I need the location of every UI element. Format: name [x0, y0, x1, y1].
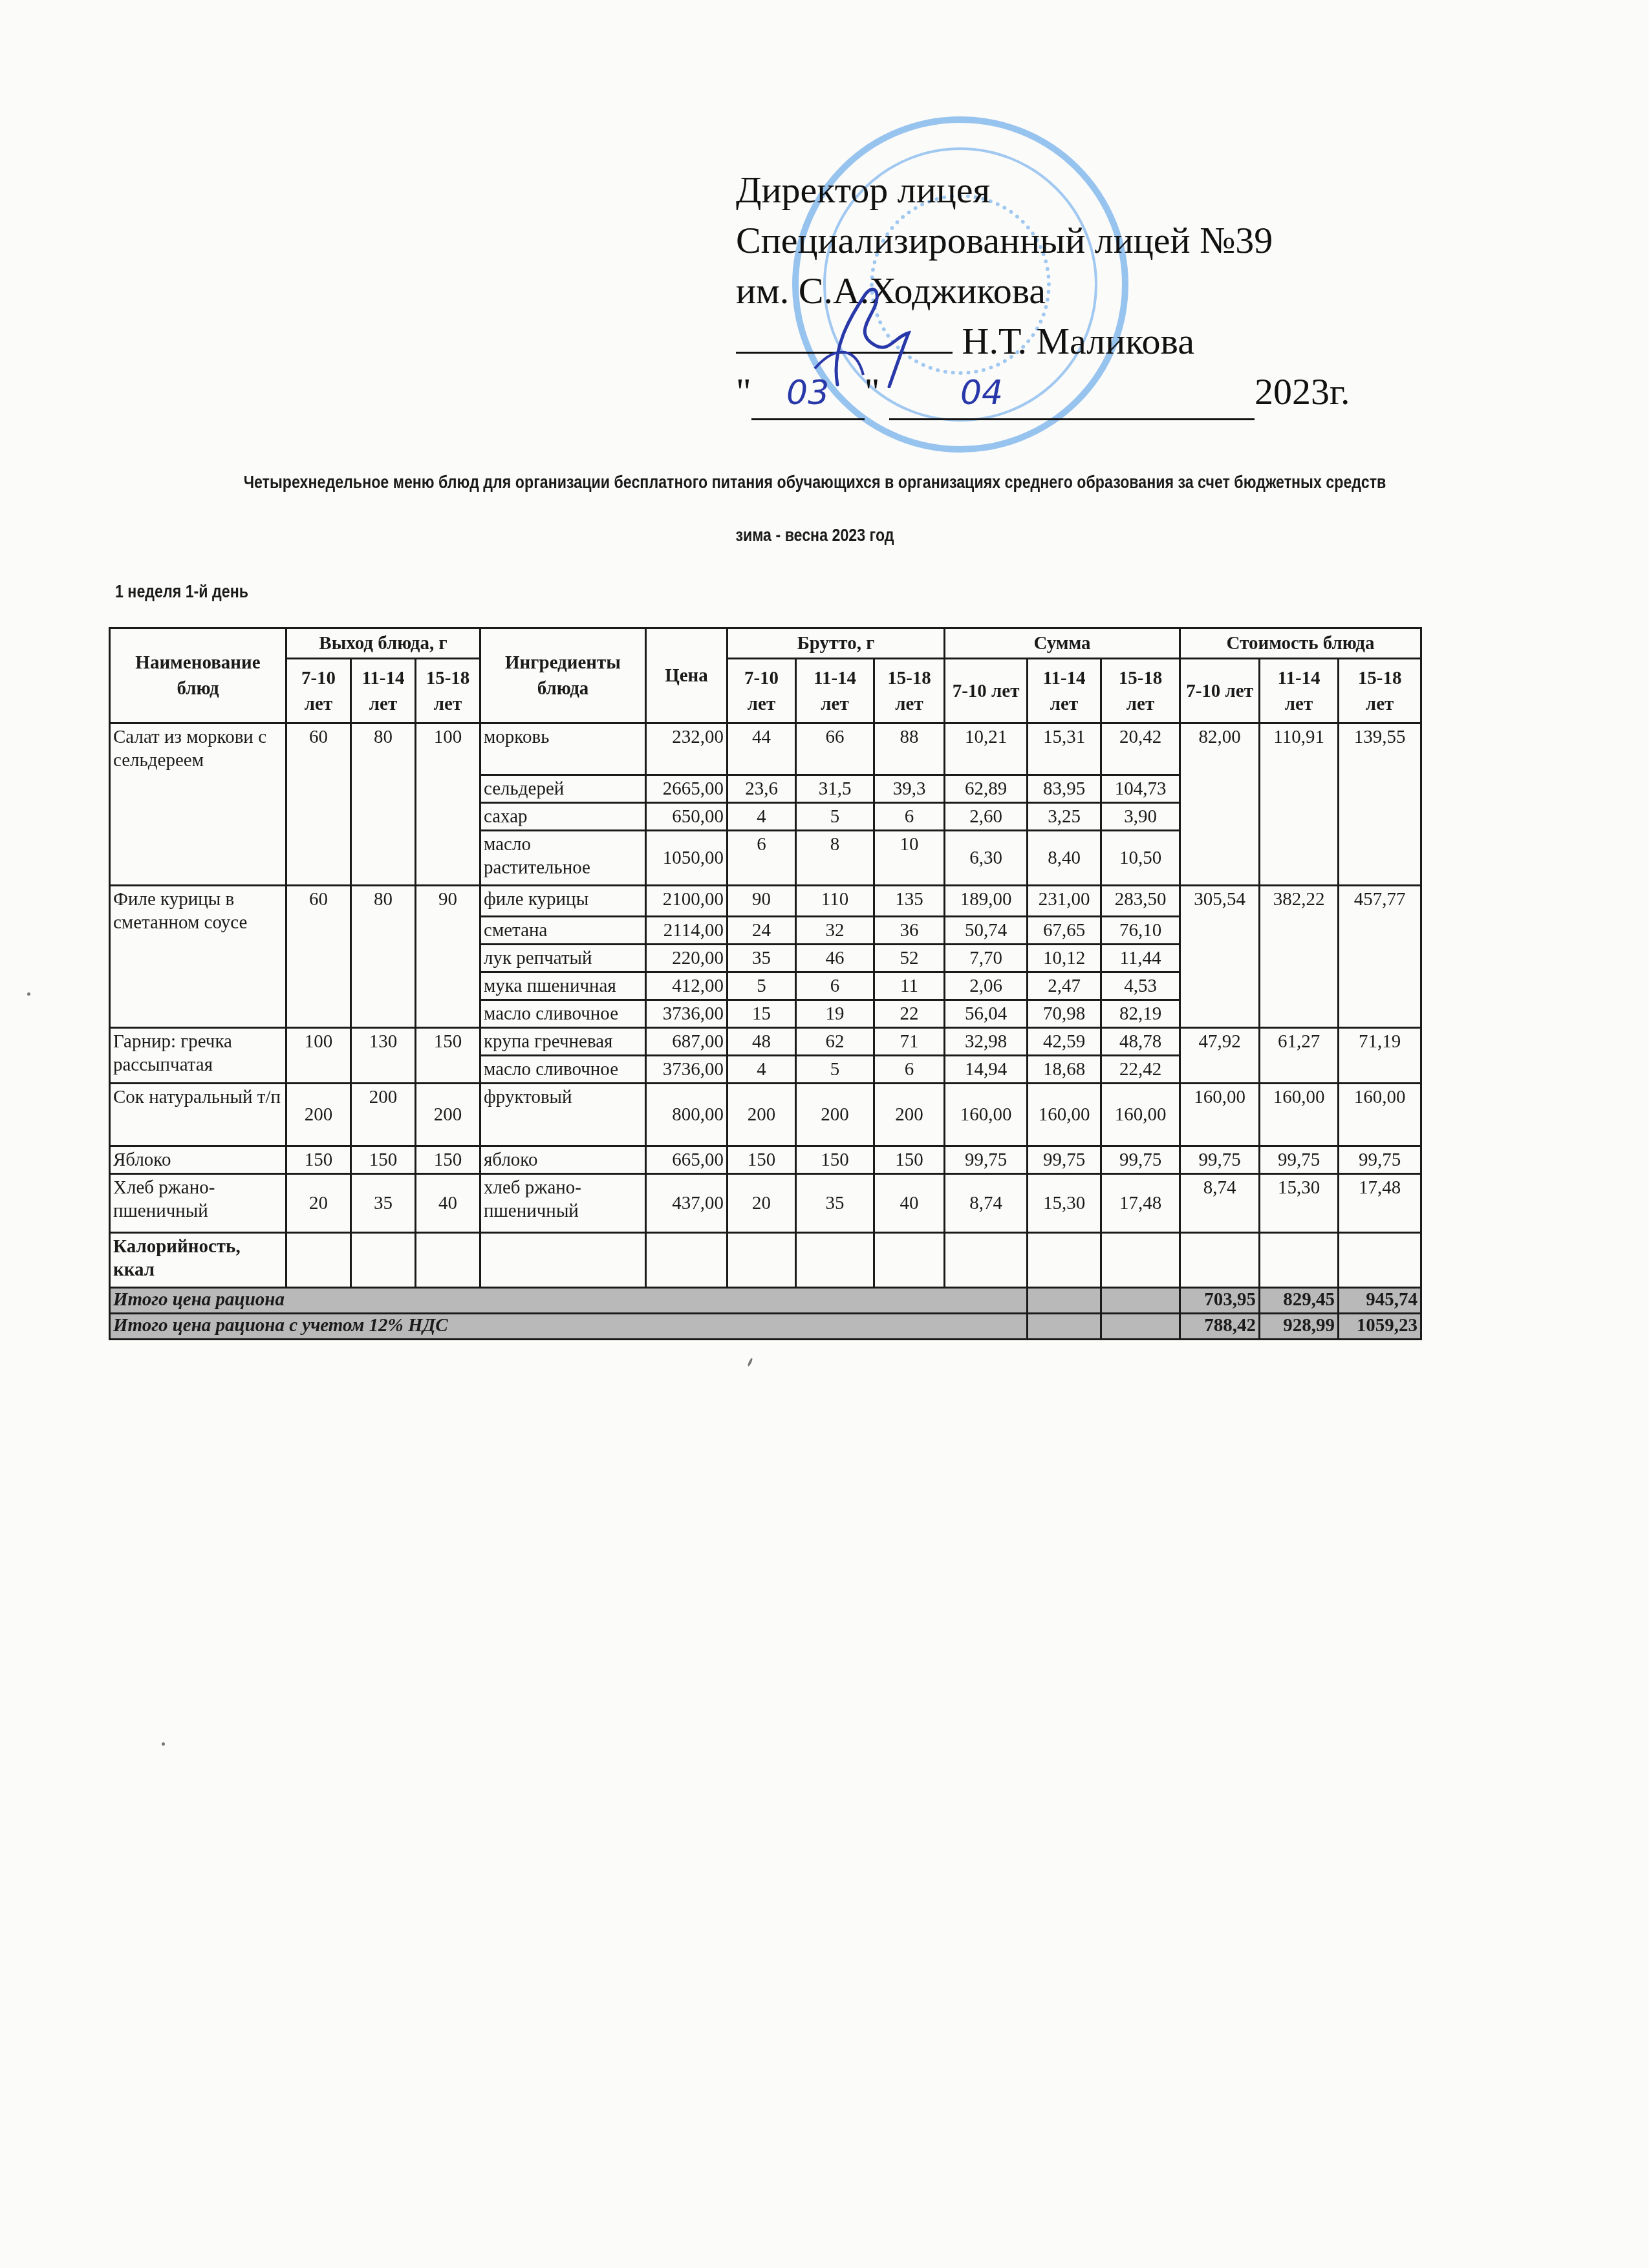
- dish-name: Хлеб ржано-пшеничный: [110, 1174, 286, 1233]
- sum-11-14: 15,30: [1028, 1174, 1101, 1233]
- table-row: Гарнир: гречка рассыпчатая100130150крупа…: [110, 1028, 1421, 1056]
- menu-table: Наименование блюд Выход блюда, г Ингреди…: [109, 627, 1422, 1340]
- dish-yield-7-10: 150: [286, 1146, 351, 1174]
- header-gross: Брутто, г: [727, 628, 945, 659]
- total-vat-7-10: 788,42: [1180, 1314, 1260, 1340]
- table-row: Яблоко150150150яблоко665,0015015015099,7…: [110, 1146, 1421, 1174]
- header-gross-age-11-14: 11-14 лет: [796, 659, 874, 723]
- document-title: Четырехнедельное меню блюд для организац…: [203, 471, 1427, 494]
- gross-11-14: 62: [796, 1028, 874, 1056]
- gross-15-18: 39,3: [874, 775, 945, 803]
- ingredient-name: мука пшеничная: [480, 972, 646, 1000]
- dish-cost-15-18: 457,77: [1339, 886, 1421, 1028]
- header-yield-age-7-10: 7-10 лет: [286, 659, 351, 723]
- sum-11-14: 10,12: [1028, 945, 1101, 972]
- gross-7-10: 24: [727, 917, 796, 945]
- dish-cost-7-10: 8,74: [1180, 1174, 1260, 1233]
- scan-speck: [27, 992, 30, 996]
- dish-name: Филе курицы в сметанном соусе: [110, 886, 286, 1028]
- ingredient-name: масло сливочное: [480, 1000, 646, 1028]
- dish-cost-7-10: 47,92: [1180, 1028, 1260, 1084]
- gross-7-10: 200: [727, 1084, 796, 1146]
- total-row: Итого цена рациона 703,95 829,45 945,74: [110, 1288, 1421, 1314]
- dish-cost-7-10: 160,00: [1180, 1084, 1260, 1146]
- ingredient-price: 220,00: [646, 945, 727, 972]
- table-row: Салат из моркови с сельдереем6080100морк…: [110, 723, 1421, 775]
- ingredient-name: хлеб ржано-пшеничный: [480, 1174, 646, 1233]
- ingredient-price: 2114,00: [646, 917, 727, 945]
- gross-7-10: 90: [727, 886, 796, 917]
- gross-7-10: 5: [727, 972, 796, 1000]
- gross-7-10: 48: [727, 1028, 796, 1056]
- header-yield-age-11-14: 11-14 лет: [351, 659, 416, 723]
- dish-yield-15-18: 90: [416, 886, 480, 1028]
- header-gross-age-15-18: 15-18 лет: [874, 659, 945, 723]
- gross-11-14: 31,5: [796, 775, 874, 803]
- ingredient-price: 665,00: [646, 1146, 727, 1174]
- ingredient-name: филе курицы: [480, 886, 646, 917]
- sum-15-18: 99,75: [1101, 1146, 1180, 1174]
- header-cost-age-15-18: 15-18 лет: [1339, 659, 1421, 723]
- ingredient-name: сельдерей: [480, 775, 646, 803]
- header-cost-age-11-14: 11-14 лет: [1260, 659, 1339, 723]
- sum-7-10: 6,30: [945, 831, 1028, 886]
- header-cost-age-7-10: 7-10 лет: [1180, 659, 1260, 723]
- gross-11-14: 150: [796, 1146, 874, 1174]
- gross-15-18: 71: [874, 1028, 945, 1056]
- sum-7-10: 10,21: [945, 723, 1028, 775]
- document-subtitle: зима - весна 2023 год: [203, 524, 1427, 547]
- dish-name: Салат из моркови с сельдереем: [110, 723, 286, 886]
- gross-7-10: 6: [727, 831, 796, 886]
- sum-11-14: 99,75: [1028, 1146, 1101, 1174]
- total-vat-15-18: 1059,23: [1339, 1314, 1421, 1340]
- gross-11-14: 110: [796, 886, 874, 917]
- sum-7-10: 32,98: [945, 1028, 1028, 1056]
- gross-7-10: 15: [727, 1000, 796, 1028]
- date-month-field: 04: [889, 368, 1255, 420]
- sum-15-18: 10,50: [1101, 831, 1180, 886]
- signature-icon: [812, 272, 921, 388]
- dish-cost-7-10: 82,00: [1180, 723, 1260, 886]
- approval-signatory: Н.Т. Маликова: [962, 320, 1194, 362]
- sum-7-10: 62,89: [945, 775, 1028, 803]
- dish-yield-7-10: 100: [286, 1028, 351, 1084]
- sum-11-14: 67,65: [1028, 917, 1101, 945]
- dish-yield-7-10: 200: [286, 1084, 351, 1146]
- gross-11-14: 5: [796, 803, 874, 831]
- total-vat-label: Итого цена рациона с учетом 12% НДС: [110, 1314, 1028, 1340]
- sum-15-18: 104,73: [1101, 775, 1180, 803]
- gross-11-14: 46: [796, 945, 874, 972]
- sum-7-10: 99,75: [945, 1146, 1028, 1174]
- dish-cost-11-14: 15,30: [1260, 1174, 1339, 1233]
- sum-15-18: 160,00: [1101, 1084, 1180, 1146]
- ingredient-price: 412,00: [646, 972, 727, 1000]
- sum-15-18: 3,90: [1101, 803, 1180, 831]
- sum-15-18: 48,78: [1101, 1028, 1180, 1056]
- gross-11-14: 8: [796, 831, 874, 886]
- section-heading: 1 неделя 1-й день: [115, 582, 248, 602]
- total-15-18: 945,74: [1339, 1288, 1421, 1314]
- approval-organization: Специализированный лицей №39: [736, 215, 1350, 266]
- ingredient-price: 437,00: [646, 1174, 727, 1233]
- header-sum-age-7-10: 7-10 лет: [945, 659, 1028, 723]
- sum-15-18: 22,42: [1101, 1056, 1180, 1084]
- sum-7-10: 2,06: [945, 972, 1028, 1000]
- gross-7-10: 44: [727, 723, 796, 775]
- header-dish-cost: Стоимость блюда: [1180, 628, 1421, 659]
- sum-15-18: 11,44: [1101, 945, 1180, 972]
- gross-7-10: 35: [727, 945, 796, 972]
- gross-15-18: 52: [874, 945, 945, 972]
- header-sum-age-11-14: 11-14 лет: [1028, 659, 1101, 723]
- sum-11-14: 8,40: [1028, 831, 1101, 886]
- total-vat-11-14: 928,99: [1260, 1314, 1339, 1340]
- ingredient-name: фруктовый: [480, 1084, 646, 1146]
- gross-15-18: 88: [874, 723, 945, 775]
- ingredient-price: 1050,00: [646, 831, 727, 886]
- dish-cost-11-14: 61,27: [1260, 1028, 1339, 1084]
- ingredient-price: 2100,00: [646, 886, 727, 917]
- gross-7-10: 150: [727, 1146, 796, 1174]
- dish-yield-15-18: 200: [416, 1084, 480, 1146]
- dish-name: Яблоко: [110, 1146, 286, 1174]
- table-row: Филе курицы в сметанном соусе608090филе …: [110, 886, 1421, 917]
- table-footer: Калорийность, ккал Итого цена рациона 70…: [110, 1233, 1421, 1340]
- dish-yield-11-14: 130: [351, 1028, 416, 1084]
- dish-cost-15-18: 139,55: [1339, 723, 1421, 886]
- dish-cost-11-14: 382,22: [1260, 886, 1339, 1028]
- ingredient-name: яблоко: [480, 1146, 646, 1174]
- sum-7-10: 2,60: [945, 803, 1028, 831]
- quote-open: ": [736, 370, 751, 412]
- dish-yield-7-10: 60: [286, 886, 351, 1028]
- dish-cost-15-18: 17,48: [1339, 1174, 1421, 1233]
- header-gross-age-7-10: 7-10 лет: [727, 659, 796, 723]
- total-label: Итого цена рациона: [110, 1288, 1028, 1314]
- table-row: Хлеб ржано-пшеничный203540хлеб ржано-пше…: [110, 1174, 1421, 1233]
- sum-15-18: 82,19: [1101, 1000, 1180, 1028]
- header-yield-age-15-18: 15-18 лет: [416, 659, 480, 723]
- total-11-14: 829,45: [1260, 1288, 1339, 1314]
- table-body: Салат из моркови с сельдереем6080100морк…: [110, 723, 1421, 1233]
- dish-name: Гарнир: гречка рассыпчатая: [110, 1028, 286, 1084]
- dish-cost-11-14: 160,00: [1260, 1084, 1339, 1146]
- gross-15-18: 36: [874, 917, 945, 945]
- dish-cost-7-10: 99,75: [1180, 1146, 1260, 1174]
- header-ingredients: Ингредиенты блюда: [480, 628, 646, 723]
- sum-11-14: 83,95: [1028, 775, 1101, 803]
- sum-11-14: 2,47: [1028, 972, 1101, 1000]
- total-vat-row: Итого цена рациона с учетом 12% НДС 788,…: [110, 1314, 1421, 1340]
- sum-11-14: 70,98: [1028, 1000, 1101, 1028]
- gross-15-18: 11: [874, 972, 945, 1000]
- table-row: Сок натуральный т/п200200200фруктовый800…: [110, 1084, 1421, 1146]
- dish-cost-7-10: 305,54: [1180, 886, 1260, 1028]
- ingredient-price: 3736,00: [646, 1056, 727, 1084]
- ingredient-price: 687,00: [646, 1028, 727, 1056]
- gross-7-10: 20: [727, 1174, 796, 1233]
- sum-11-14: 3,25: [1028, 803, 1101, 831]
- sum-15-18: 283,50: [1101, 886, 1180, 917]
- dish-yield-11-14: 200: [351, 1084, 416, 1146]
- scan-speck: [747, 1358, 753, 1367]
- approval-position: Директор лицея: [736, 165, 1350, 215]
- dish-yield-11-14: 150: [351, 1146, 416, 1174]
- sum-15-18: 4,53: [1101, 972, 1180, 1000]
- gross-7-10: 4: [727, 1056, 796, 1084]
- dish-yield-15-18: 100: [416, 723, 480, 886]
- header-age-row: 7-10 лет11-14 лет15-18 лет7-10 лет11-14 …: [110, 659, 1421, 723]
- dish-yield-7-10: 60: [286, 723, 351, 886]
- date-year: 2023г.: [1255, 370, 1350, 412]
- ingredient-price: 232,00: [646, 723, 727, 775]
- header-yield: Выход блюда, г: [286, 628, 480, 659]
- calories-row: Калорийность, ккал: [110, 1233, 1421, 1288]
- dish-yield-15-18: 150: [416, 1028, 480, 1084]
- sum-7-10: 50,74: [945, 917, 1028, 945]
- gross-15-18: 200: [874, 1084, 945, 1146]
- sum-15-18: 17,48: [1101, 1174, 1180, 1233]
- sum-7-10: 8,74: [945, 1174, 1028, 1233]
- gross-11-14: 35: [796, 1174, 874, 1233]
- gross-7-10: 23,6: [727, 775, 796, 803]
- sum-11-14: 42,59: [1028, 1028, 1101, 1056]
- sum-11-14: 15,31: [1028, 723, 1101, 775]
- dish-cost-15-18: 160,00: [1339, 1084, 1421, 1146]
- ingredient-name: сахар: [480, 803, 646, 831]
- sum-15-18: 20,42: [1101, 723, 1180, 775]
- ingredient-name: сметана: [480, 917, 646, 945]
- gross-11-14: 66: [796, 723, 874, 775]
- scan-speck: [162, 1742, 165, 1746]
- dish-yield-11-14: 80: [351, 886, 416, 1028]
- total-7-10: 703,95: [1180, 1288, 1260, 1314]
- sum-11-14: 18,68: [1028, 1056, 1101, 1084]
- calories-label: Калорийность, ккал: [110, 1233, 286, 1288]
- gross-15-18: 135: [874, 886, 945, 917]
- header-price: Цена: [646, 628, 727, 723]
- gross-15-18: 22: [874, 1000, 945, 1028]
- sum-7-10: 189,00: [945, 886, 1028, 917]
- ingredient-name: лук репчатый: [480, 945, 646, 972]
- sum-15-18: 76,10: [1101, 917, 1180, 945]
- header-sum: Сумма: [945, 628, 1180, 659]
- sum-7-10: 14,94: [945, 1056, 1028, 1084]
- table-header: Наименование блюд Выход блюда, г Ингреди…: [110, 628, 1421, 723]
- ingredient-price: 650,00: [646, 803, 727, 831]
- ingredient-name: крупа гречневая: [480, 1028, 646, 1056]
- gross-7-10: 4: [727, 803, 796, 831]
- gross-11-14: 19: [796, 1000, 874, 1028]
- dish-cost-15-18: 71,19: [1339, 1028, 1421, 1084]
- gross-11-14: 6: [796, 972, 874, 1000]
- gross-15-18: 150: [874, 1146, 945, 1174]
- dish-cost-15-18: 99,75: [1339, 1146, 1421, 1174]
- gross-15-18: 6: [874, 803, 945, 831]
- dish-cost-11-14: 99,75: [1260, 1146, 1339, 1174]
- gross-15-18: 40: [874, 1174, 945, 1233]
- ingredient-price: 2665,00: [646, 775, 727, 803]
- sum-11-14: 231,00: [1028, 886, 1101, 917]
- ingredient-name: морковь: [480, 723, 646, 775]
- dish-cost-11-14: 110,91: [1260, 723, 1339, 886]
- sum-7-10: 160,00: [945, 1084, 1028, 1146]
- gross-11-14: 200: [796, 1084, 874, 1146]
- dish-name: Сок натуральный т/п: [110, 1084, 286, 1146]
- gross-11-14: 5: [796, 1056, 874, 1084]
- sum-7-10: 7,70: [945, 945, 1028, 972]
- dish-yield-15-18: 150: [416, 1146, 480, 1174]
- gross-15-18: 10: [874, 831, 945, 886]
- sum-7-10: 56,04: [945, 1000, 1028, 1028]
- gross-15-18: 6: [874, 1056, 945, 1084]
- dish-yield-11-14: 80: [351, 723, 416, 886]
- dish-yield-7-10: 20: [286, 1174, 351, 1233]
- header-sum-age-15-18: 15-18 лет: [1101, 659, 1180, 723]
- header-dish-name: Наименование блюд: [110, 628, 286, 723]
- dish-yield-11-14: 35: [351, 1174, 416, 1233]
- ingredient-name: масло растительное: [480, 831, 646, 886]
- gross-11-14: 32: [796, 917, 874, 945]
- ingredient-name: масло сливочное: [480, 1056, 646, 1084]
- ingredient-price: 3736,00: [646, 1000, 727, 1028]
- sum-11-14: 160,00: [1028, 1084, 1101, 1146]
- dish-yield-15-18: 40: [416, 1174, 480, 1233]
- ingredient-price: 800,00: [646, 1084, 727, 1146]
